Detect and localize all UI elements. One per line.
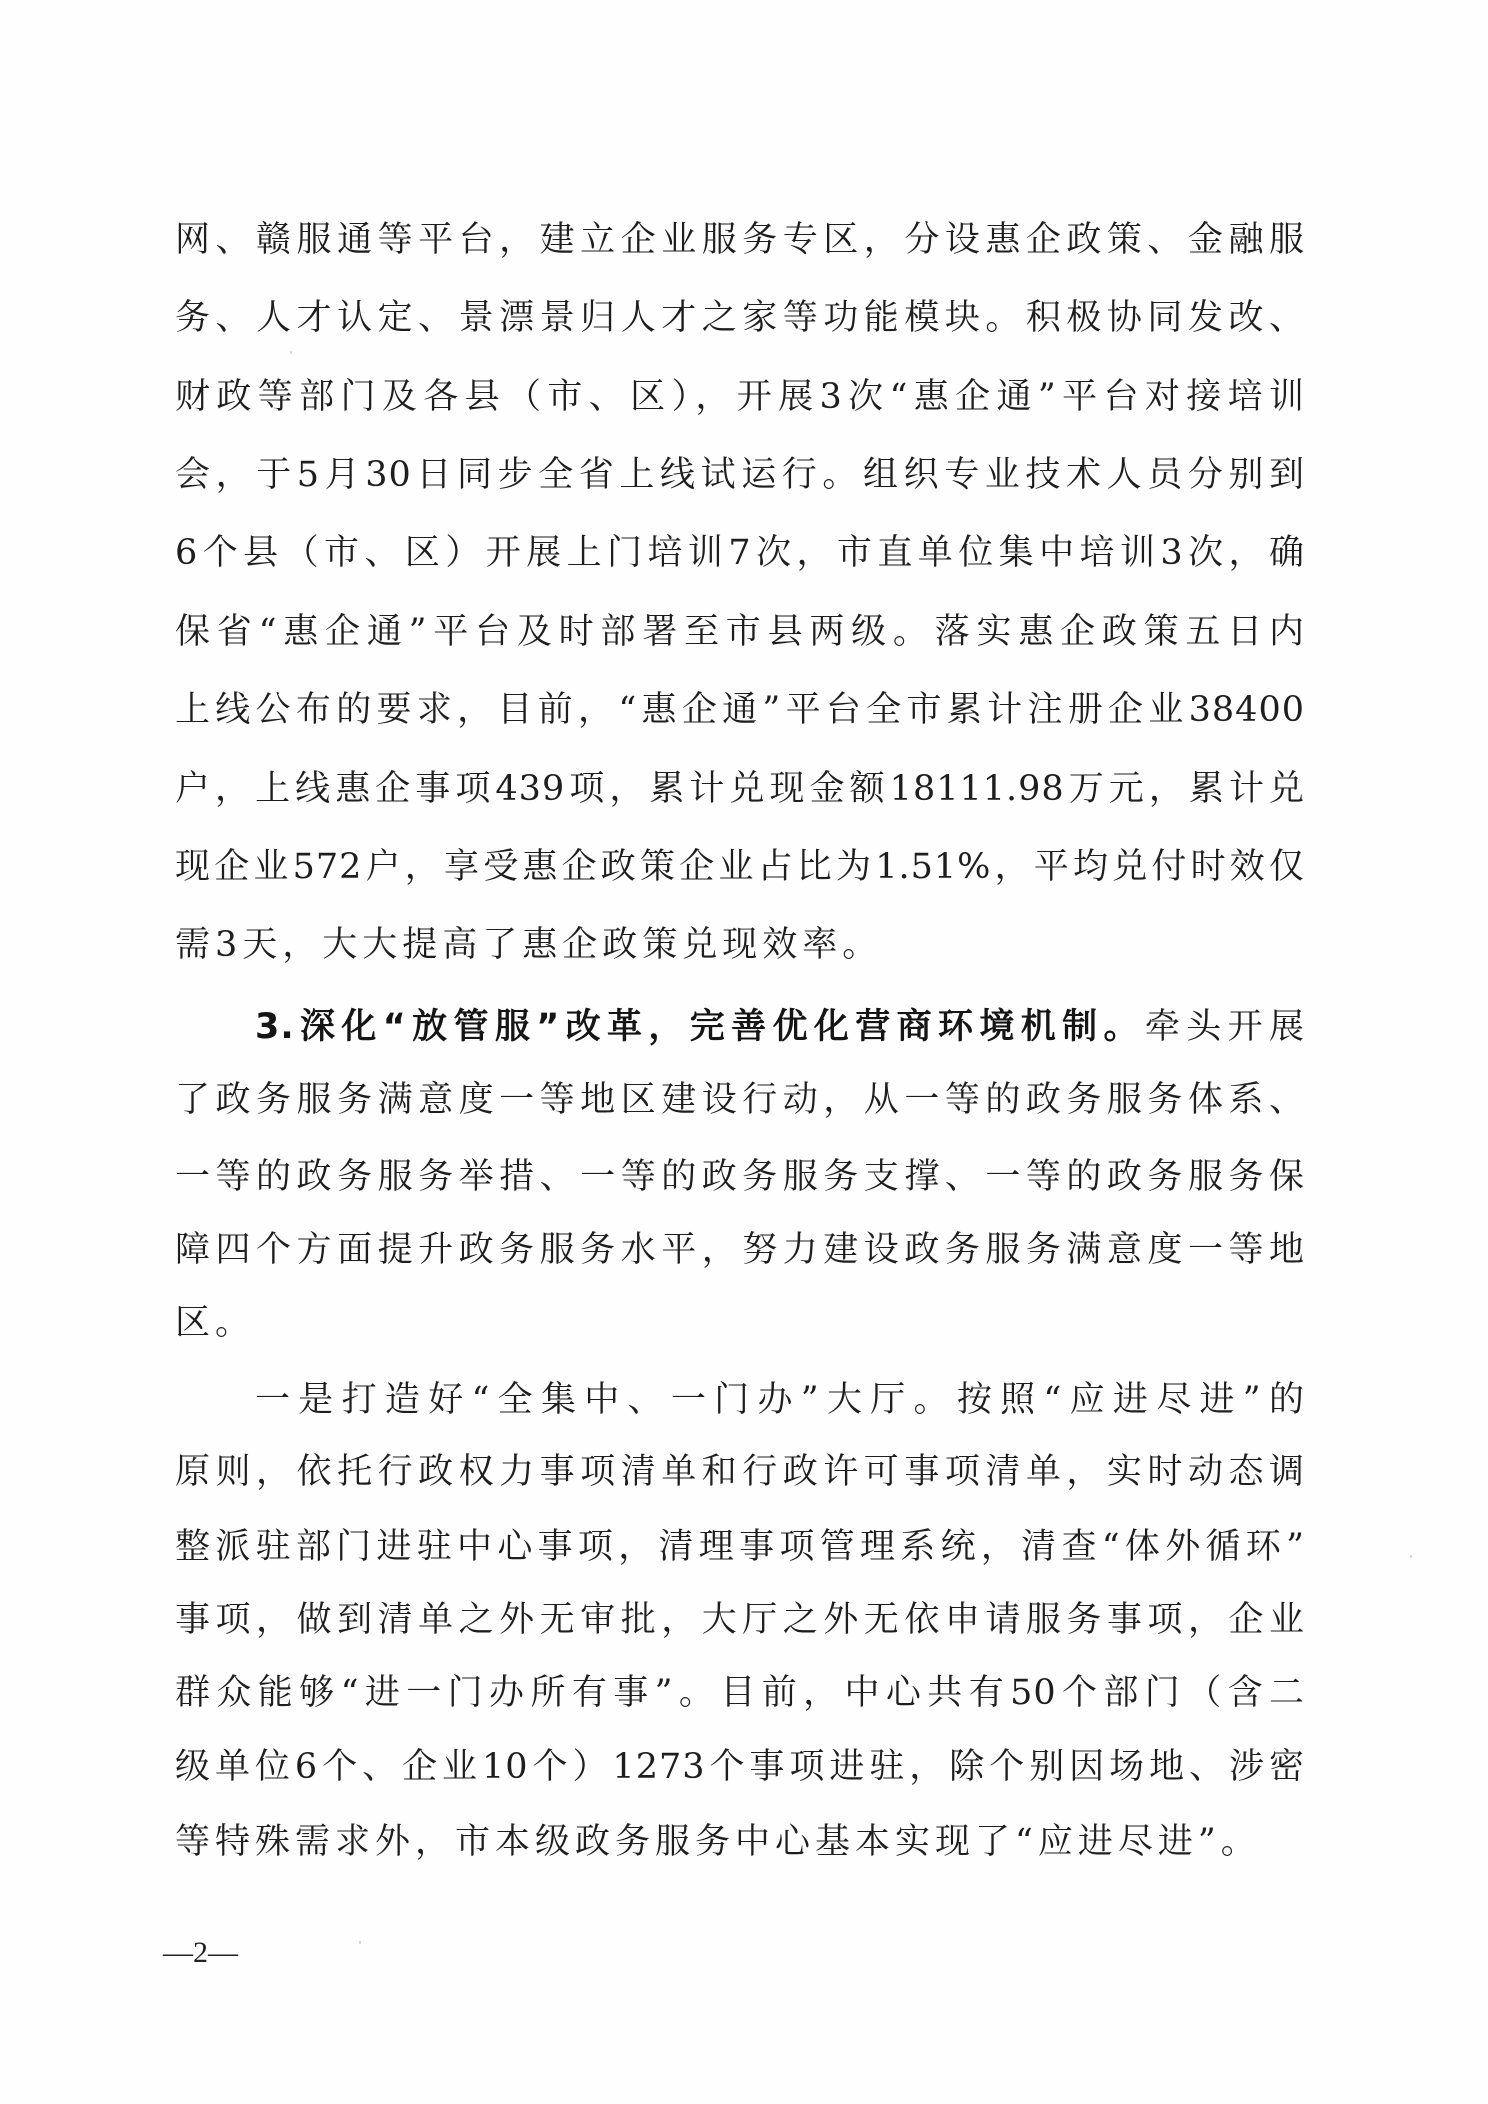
body-line-2: 务、人才认定、景漂景归人才之家等功能模块。积极协同发改、 [175, 293, 1305, 343]
body-line-9: 现企业572户，享受惠企政策企业占比为1.51%，平均兑付时效仅 [175, 842, 1305, 892]
body-line-6: 保省“惠企通”平台及时部署至市县两级。落实惠企政策五日内 [175, 607, 1305, 657]
body-line-3: 财政等部门及各县（市、区），开展3次“惠企通”平台对接培训 [175, 372, 1305, 422]
scan-speck [1410, 1555, 1412, 1558]
body-line-19: 事项，做到清单之外无审批，大厅之外无依申请服务事项，企业 [175, 1595, 1305, 1645]
body-line-14: 障四个方面提升政务服务水平，努力建设政务服务满意度一等地 [175, 1225, 1305, 1275]
subparagraph-first-line: 一是打造好“全集中、一门办”大厅。按照“应进尽进”的 [255, 1375, 1305, 1425]
body-line-4: 会，于5月30日同步全省上线试运行。组织专业技术人员分别到 [175, 450, 1305, 500]
heading-bold-text: 3.深化“放管服”改革，完善优化营商环境机制。 [255, 1007, 1145, 1047]
scan-speck [359, 1941, 361, 1944]
body-line-8: 户，上线惠企事项439项，累计兑现金额18111.98万元，累计兑 [175, 764, 1305, 814]
heading-rest-text: 牵头开展 [1145, 1007, 1305, 1047]
body-line-13: 一等的政务服务举措、一等的政务服务支撑、一等的政务服务保 [175, 1152, 1305, 1202]
body-line-18: 整派驻部门进驻中心事项，清理事项管理系统，清查“体外循环” [175, 1522, 1305, 1572]
page-number: —2— [163, 1936, 238, 1970]
body-line-7: 上线公布的要求，目前，“惠企通”平台全市累计注册企业38400 [175, 685, 1305, 735]
document-page: 网、赣服通等平台，建立企业服务专区，分设惠企政策、金融服 务、人才认定、景漂景归… [0, 0, 1488, 2104]
body-line-12: 了政务服务满意度一等地区建设行动，从一等的政务服务体系、 [175, 1075, 1305, 1125]
body-line-21: 级单位6个、企业10个）1273个事项进驻，除个别因场地、涉密 [175, 1742, 1305, 1792]
body-line-5: 6个县（市、区）开展上门培训7次，市直单位集中培训3次，确 [175, 528, 1305, 578]
scan-speck [290, 351, 292, 354]
body-line-17: 原则，依托行政权力事项清单和行政许可事项清单，实时动态调 [175, 1447, 1305, 1497]
body-line-10: 需3天，大大提高了惠企政策兑现效率。 [175, 920, 882, 970]
body-line-1: 网、赣服通等平台，建立企业服务专区，分设惠企政策、金融服 [175, 215, 1305, 265]
body-line-20: 群众能够“进一门办所有事”。目前，中心共有50个部门（含二 [175, 1668, 1305, 1718]
body-line-22: 等特殊需求外，市本级政务服务中心基本实现了“应进尽进”。 [175, 1817, 1261, 1867]
body-line-15: 区。 [175, 1298, 255, 1348]
section-heading-3: 3.深化“放管服”改革，完善优化营商环境机制。牵头开展 [255, 1002, 1305, 1052]
